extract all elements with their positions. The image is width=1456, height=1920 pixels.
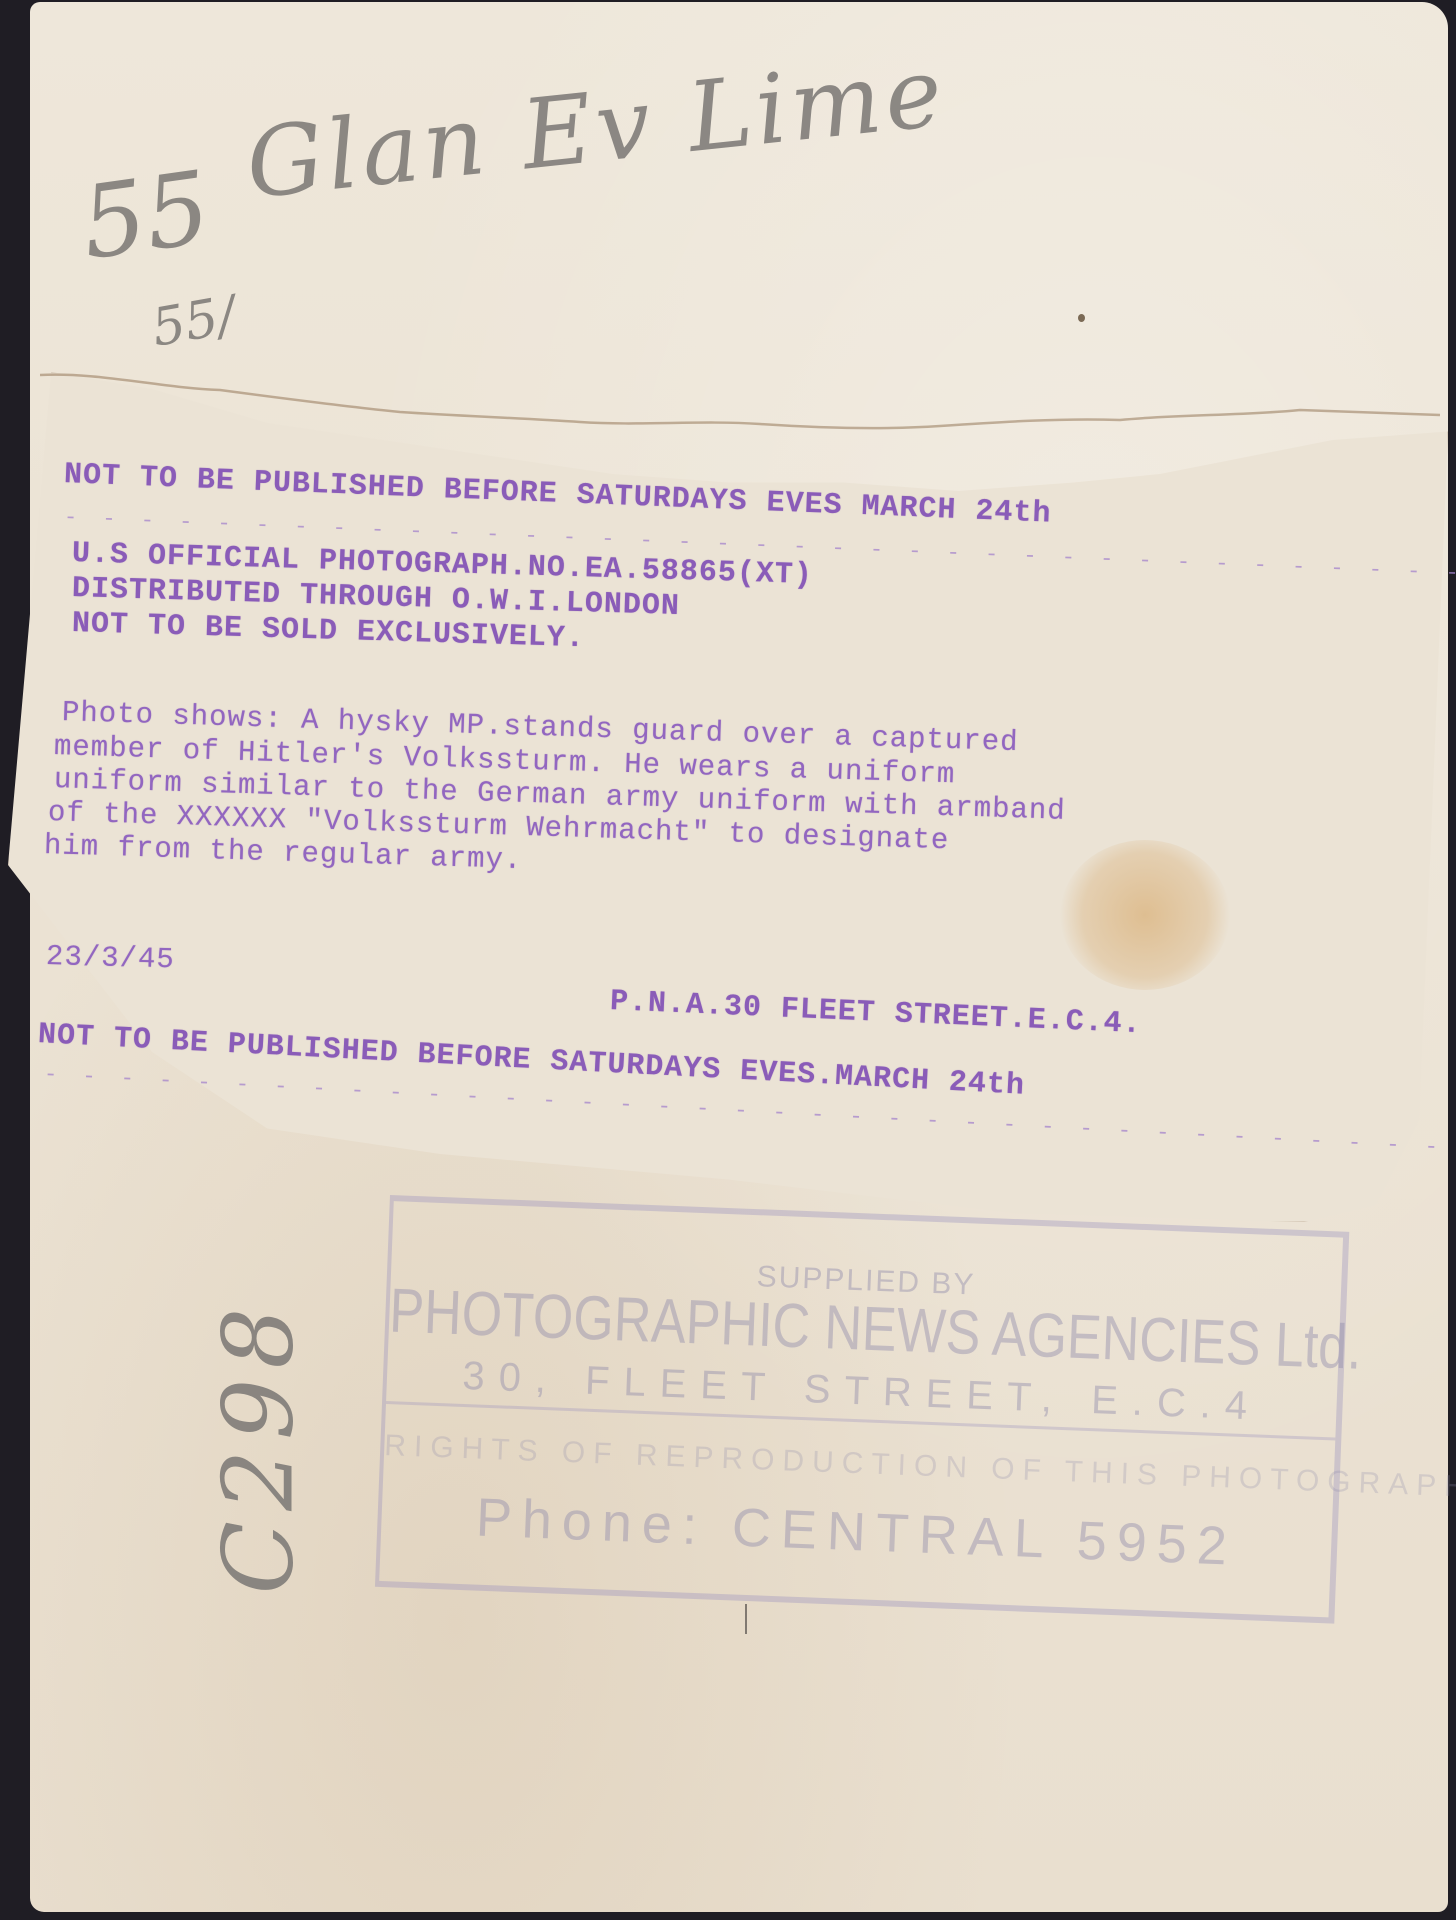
pencil-number: 55 [74,149,216,283]
caption-date: 23/3/45 [46,940,176,976]
ink-speck [1078,314,1085,322]
pencil-tick-mark [745,1604,747,1634]
scan-frame: Glan Ev Lime 55 55/ NOT TO BE PUBLISHED … [0,0,1456,1920]
agency-rubber-stamp: SUPPLIED BY PHOTOGRAPHIC NEWS AGENCIES L… [375,1195,1349,1624]
pencil-price-mark: 55/ [147,285,240,359]
stamp-phone: Phone: CENTRAL 5952 [381,1483,1333,1581]
water-stain [1060,840,1230,990]
pencil-side-code: C298 [202,1298,314,1595]
pencil-signature: Glan Ev Lime [241,36,951,221]
